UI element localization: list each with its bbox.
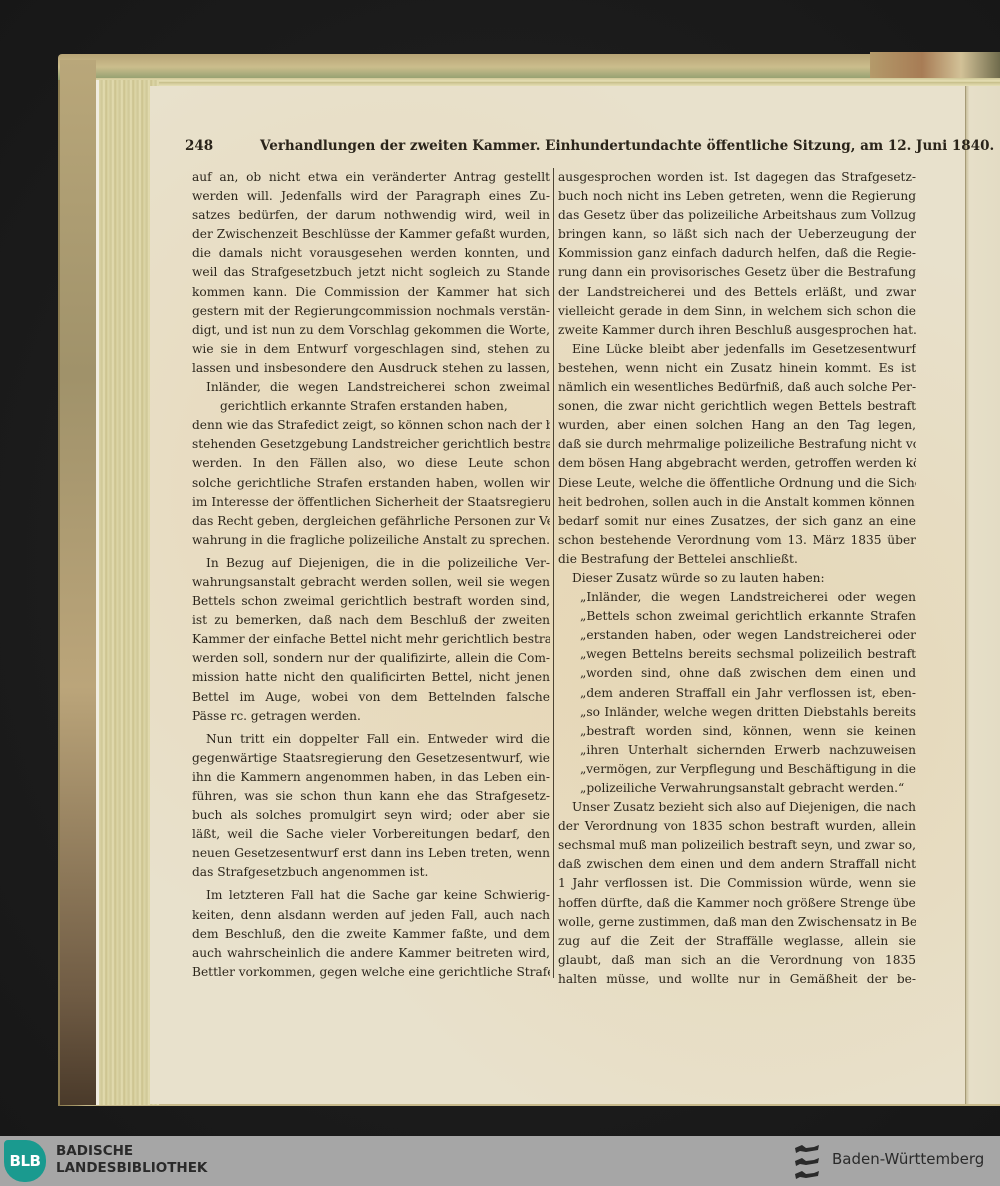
text-line: dem Beschluß, den die zweite Kammer faßt… bbox=[192, 925, 550, 944]
book-cover-top-edge bbox=[58, 54, 1000, 80]
text-line: das Gesetz über das polizeiliche Arbeits… bbox=[558, 206, 916, 225]
text-line: „wegen Bettelns bereits sechsmal polizei… bbox=[558, 645, 916, 664]
text-line: werden. In den Fällen also, wo diese Leu… bbox=[192, 454, 550, 473]
facing-page-edge bbox=[965, 86, 1000, 1104]
text-line: ihn die Kammern angenommen haben, in das… bbox=[192, 768, 550, 787]
text-line: läßt, weil die Sache vieler Vorbereitung… bbox=[192, 825, 550, 844]
text-line: „erstanden haben, oder wegen Landstreich… bbox=[558, 626, 916, 645]
text-line: ist zu bemerken, daß nach dem Beschluß d… bbox=[192, 611, 550, 630]
text-line: „vermögen, zur Verpflegung und Beschäfti… bbox=[558, 760, 916, 779]
text-line: ausgesprochen worden ist. Ist dagegen da… bbox=[558, 168, 916, 187]
text-line: hoffen dürfte, daß die Kammer noch größe… bbox=[558, 894, 916, 913]
text-line: im Interesse der öffentlichen Sicherheit… bbox=[192, 493, 550, 512]
text-line: 1 Jahr verflossen ist. Die Commission wü… bbox=[558, 874, 916, 893]
text-line: das Recht geben, dergleichen gefährliche… bbox=[192, 512, 550, 531]
text-line: „worden sind, ohne daß zwischen dem eine… bbox=[558, 664, 916, 683]
text-line: schon bestehende Verordnung vom 13. März… bbox=[558, 531, 916, 550]
text-line: die damals nicht vorausgesehen werden ko… bbox=[192, 244, 550, 263]
text-line: gestern mit der Regierungcommission noch… bbox=[192, 302, 550, 321]
text-line: „polizeiliche Verwahrungsanstalt gebrach… bbox=[558, 779, 916, 798]
text-line: sonen, die zwar nicht gerichtlich wegen … bbox=[558, 397, 916, 416]
text-line: In Bezug auf Diejenigen, die in die poli… bbox=[192, 554, 550, 573]
text-line: heit bedrohen, sollen auch in die Anstal… bbox=[558, 493, 916, 512]
text-line: mission hatte nicht den qualificirten Be… bbox=[192, 668, 550, 687]
text-line: der Landstreicherei und des Bettels erlä… bbox=[558, 283, 916, 302]
running-title: Verhandlungen der zweiten Kammer. Einhun… bbox=[260, 138, 994, 154]
text-line: der Verordnung von 1835 schon bestraft w… bbox=[558, 817, 916, 836]
blb-org-line2: LANDESBIBLIOTHEK bbox=[56, 1160, 207, 1177]
text-line: rung dann ein provisorisches Gesetz über… bbox=[558, 263, 916, 282]
text-line: Bettels schon zweimal gerichtlich bestra… bbox=[192, 592, 550, 611]
scan-viewport: 248 Verhandlungen der zweiten Kammer. Ei… bbox=[0, 0, 1000, 1136]
text-line: keiten, denn alsdann werden auf jeden Fa… bbox=[192, 906, 550, 925]
text-line: werden will. Jedenfalls wird der Paragra… bbox=[192, 187, 550, 206]
baden-wuerttemberg-label[interactable]: Baden-Württemberg bbox=[832, 1150, 984, 1168]
text-line: „dem anderen Straffall ein Jahr verfloss… bbox=[558, 684, 916, 703]
text-line: halten müsse, und wollte nur in Gemäßhei… bbox=[558, 970, 916, 989]
text-line: auch wahrscheinlich die andere Kammer be… bbox=[192, 944, 550, 963]
text-line: solche gerichtliche Strafen erstanden ha… bbox=[192, 474, 550, 493]
text-line: zug auf die Zeit der Straffälle weglasse… bbox=[558, 932, 916, 951]
text-line: Diese Leute, welche die öffentliche Ordn… bbox=[558, 474, 916, 493]
running-head: 248 Verhandlungen der zweiten Kammer. Ei… bbox=[185, 138, 845, 158]
text-line: Inländer, die wegen Landstreicherei scho… bbox=[192, 378, 550, 397]
text-line: dem bösen Hang abgebracht werden, getrof… bbox=[558, 454, 916, 473]
text-line: stehenden Gesetzgebung Landstreicher ger… bbox=[192, 435, 550, 454]
lions-crest-icon bbox=[792, 1142, 822, 1182]
text-line: das Strafgesetzbuch angenommen ist. bbox=[192, 863, 550, 882]
text-line: sechsmal muß man polizeilich bestraft se… bbox=[558, 836, 916, 855]
text-line: der Zwischenzeit Beschlüsse der Kammer g… bbox=[192, 225, 550, 244]
column-divider bbox=[553, 168, 554, 978]
blb-logo-icon[interactable]: BLB bbox=[4, 1140, 46, 1182]
text-line: wie sie in dem Entwurf vorgeschlagen sin… bbox=[192, 340, 550, 359]
text-column-left: auf an, ob nicht etwa ein veränderter An… bbox=[192, 168, 550, 982]
text-line: Eine Lücke bleibt aber jedenfalls im Ges… bbox=[558, 340, 916, 359]
text-line: glaubt, daß man sich an die Verordnung v… bbox=[558, 951, 916, 970]
page-number: 248 bbox=[185, 138, 213, 154]
text-line: führen, was sie schon thun kann ehe das … bbox=[192, 787, 550, 806]
text-line: Bettel im Auge, wobei von dem Bettelnden… bbox=[192, 688, 550, 707]
text-line: gerichtlich erkannte Strafen erstanden h… bbox=[192, 397, 550, 416]
text-line: die Bestrafung der Bettelei anschließt. bbox=[558, 550, 916, 569]
text-line: buch noch nicht ins Leben getreten, wenn… bbox=[558, 187, 916, 206]
text-line: weil das Strafgesetzbuch jetzt nicht sog… bbox=[192, 263, 550, 282]
text-line: Kommission ganz einfach dadurch helfen, … bbox=[558, 244, 916, 263]
text-line: Unser Zusatz bezieht sich also auf Dieje… bbox=[558, 798, 916, 817]
text-line: gegenwärtige Staatsregierung den Gesetze… bbox=[192, 749, 550, 768]
text-line: lassen und insbesondere den Ausdruck ste… bbox=[192, 359, 550, 378]
text-line: Kammer der einfache Bettel nicht mehr ge… bbox=[192, 630, 550, 649]
text-line: bestehen, wenn nicht ein Zusatz hinein k… bbox=[558, 359, 916, 378]
text-line: „so Inländer, welche wegen dritten Diebs… bbox=[558, 703, 916, 722]
text-line: Dieser Zusatz würde so zu lauten haben: bbox=[558, 569, 916, 588]
text-line: Bettler vorkommen, gegen welche eine ger… bbox=[192, 963, 550, 982]
text-line: buch als solches promulgirt seyn wird; o… bbox=[192, 806, 550, 825]
blb-org-line1: BADISCHE bbox=[56, 1143, 207, 1160]
text-line: Pässe rc. getragen werden. bbox=[192, 707, 550, 726]
book-spine-edge bbox=[60, 60, 96, 1105]
text-line: Nun tritt ein doppelter Fall ein. Entwed… bbox=[192, 730, 550, 749]
text-line: nämlich ein wesentliches Bedürfniß, daß … bbox=[558, 378, 916, 397]
text-line: wolle, gerne zustimmen, daß man den Zwis… bbox=[558, 913, 916, 932]
text-line: wahrungsanstalt gebracht werden sollen, … bbox=[192, 573, 550, 592]
text-line: neuen Gesetzesentwurf erst dann ins Lebe… bbox=[192, 844, 550, 863]
blb-org-name[interactable]: BADISCHE LANDESBIBLIOTHEK bbox=[56, 1143, 207, 1177]
book-cover-worn-corner bbox=[870, 52, 1000, 80]
text-line: daß sie durch mehrmalige polizeiliche Be… bbox=[558, 435, 916, 454]
text-line: kommen kann. Die Commission der Kammer h… bbox=[192, 283, 550, 302]
text-line: Im letzteren Fall hat die Sache gar kein… bbox=[192, 886, 550, 905]
text-line: „ihren Unterhalt sichernden Erwerb nachz… bbox=[558, 741, 916, 760]
text-line: denn wie das Strafedict zeigt, so können… bbox=[192, 416, 550, 435]
text-line: wurden, aber einen solchen Hang an den T… bbox=[558, 416, 916, 435]
text-line: werden soll, sondern nur der qualifizirt… bbox=[192, 649, 550, 668]
text-line: digt, und ist nun zu dem Vorschlag gekom… bbox=[192, 321, 550, 340]
text-line: satzes bedürfen, der darum nothwendig wi… bbox=[192, 206, 550, 225]
text-line: „Bettels schon zweimal gerichtlich erkan… bbox=[558, 607, 916, 626]
text-line: bedarf somit nur eines Zusatzes, der sic… bbox=[558, 512, 916, 531]
text-column-right: ausgesprochen worden ist. Ist dagegen da… bbox=[558, 168, 916, 989]
text-line: auf an, ob nicht etwa ein veränderter An… bbox=[192, 168, 550, 187]
text-line: „Inländer, die wegen Landstreicherei ode… bbox=[558, 588, 916, 607]
text-line: wahrung in die fragliche polizeiliche An… bbox=[192, 531, 550, 550]
text-line: „bestraft worden sind, können, wenn sie … bbox=[558, 722, 916, 741]
text-line: bringen kann, so läßt sich nach der Uebe… bbox=[558, 225, 916, 244]
text-line: zweite Kammer durch ihren Beschluß ausge… bbox=[558, 321, 916, 340]
text-line: daß zwischen dem einen und dem andern St… bbox=[558, 855, 916, 874]
text-line: vielleicht gerade in dem Sinn, in welche… bbox=[558, 302, 916, 321]
viewer-footer: BLB BADISCHE LANDESBIBLIOTHEK Baden-Würt… bbox=[0, 1136, 1000, 1186]
